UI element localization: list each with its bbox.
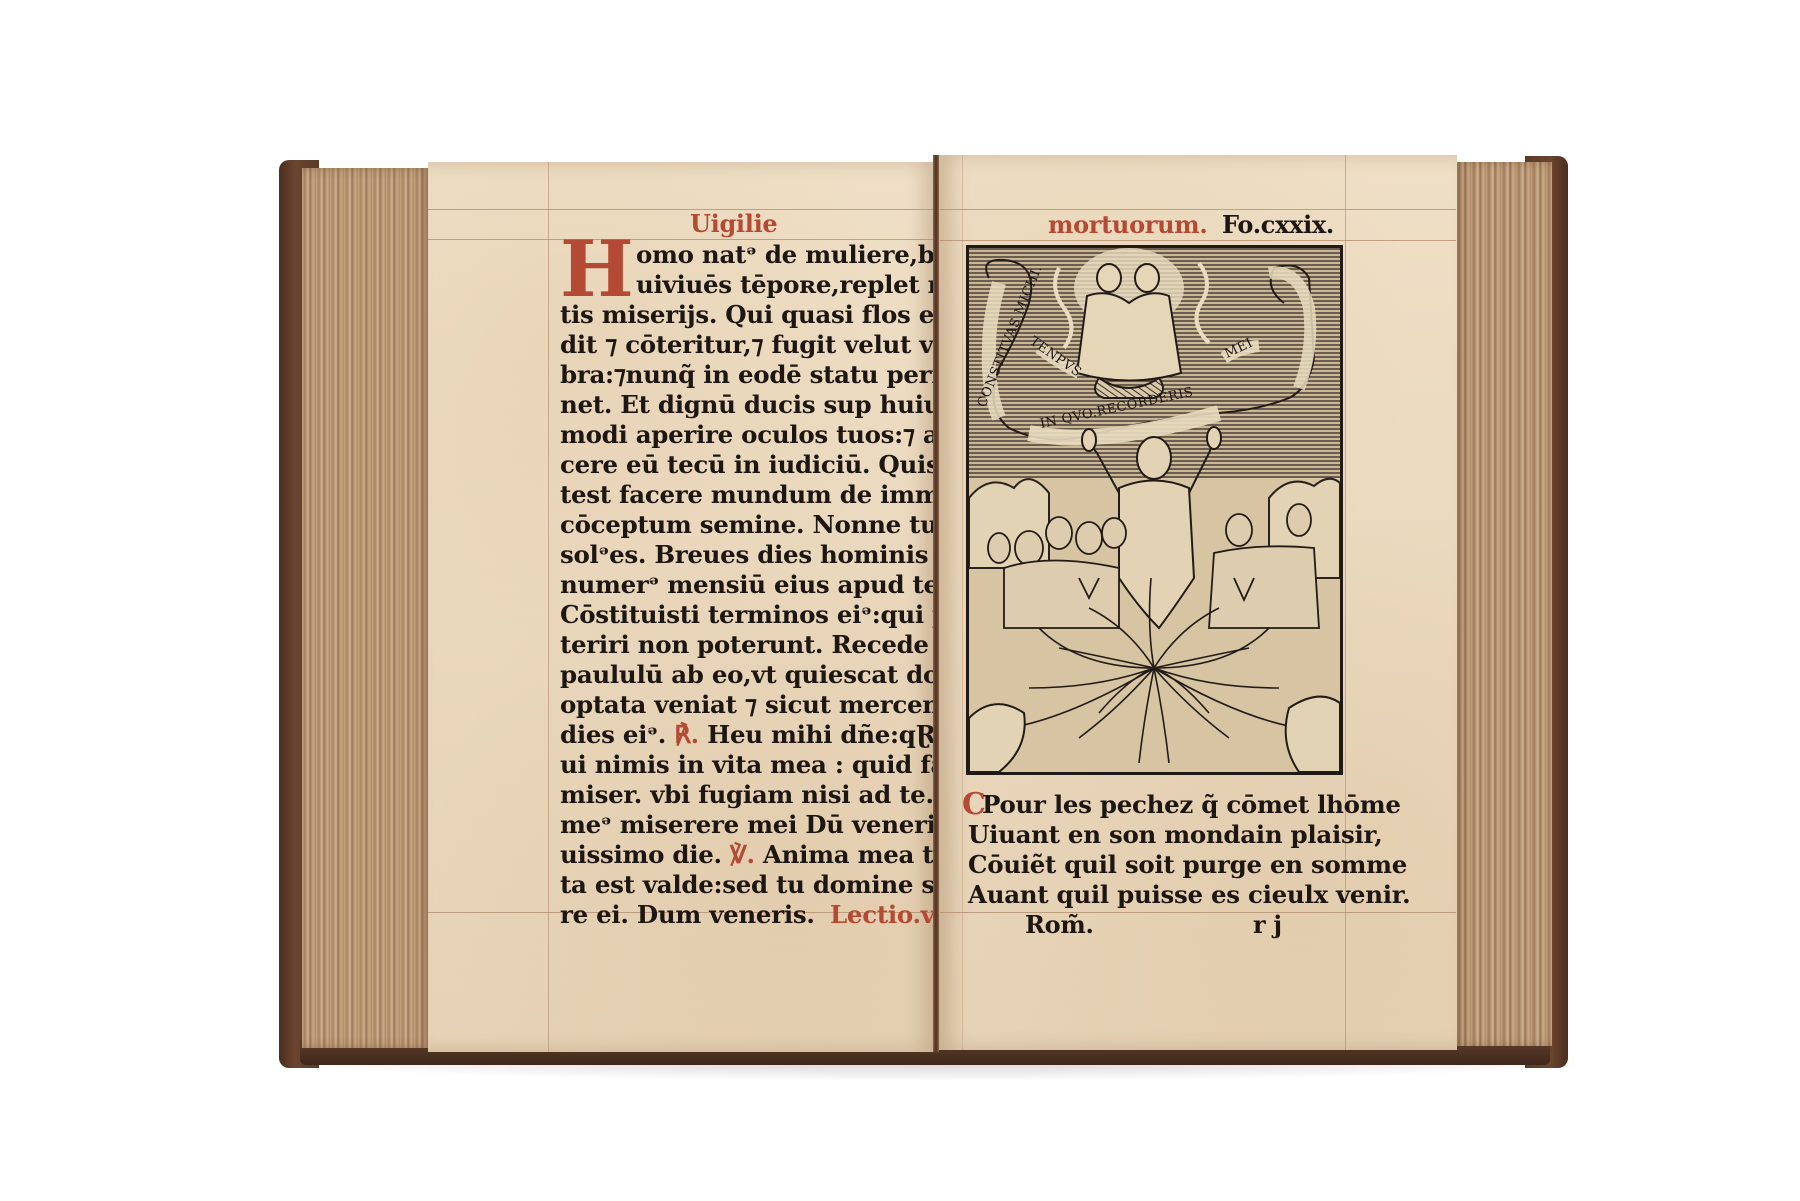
text-line: test facere mundum de immūdo	[560, 480, 991, 510]
text-line: re ei. Dum veneris.	[560, 900, 815, 930]
rubric-mark: ℟.	[674, 720, 699, 749]
text-line: net. Et dignū ducis sup huiusce-	[560, 390, 994, 420]
left-rule-top	[428, 209, 936, 210]
verse-line: Pour les pechez q̃ cōmet lhōme	[982, 790, 1401, 820]
text-line: dit ⁊ cōteritur,⁊ fugit velut vm-	[560, 330, 969, 360]
gutter	[933, 155, 939, 1052]
text-line: numerᵊ mensiū eius apud te est.	[560, 570, 995, 600]
text-line: modi aperire oculos tuos:⁊ addu	[560, 420, 990, 450]
text-line: paululū ab eo,vt quiescat donec	[560, 660, 986, 690]
text-line: ui nimis in vita mea : quid faciā	[560, 750, 985, 780]
text-line: cōceptum semine. Nonne tu qui	[560, 510, 989, 540]
text-line: tis miserijs. Qui quasi flos egre-	[560, 300, 989, 330]
right-rule-inner	[962, 155, 963, 1050]
woodcut-image: CONSTITVAS MICHI. TENPVS IN QVO.RECORDER…	[969, 248, 1340, 772]
text-line: omo natᵊ de muliere,bre-	[636, 240, 972, 270]
text-line: bra:⁊nunq̃ in eodē statu perma-	[560, 360, 982, 390]
signature-mark: Rom̃.	[1025, 910, 1094, 939]
text-line: Cōstituisti terminos eiᵊ:qui pre-	[560, 600, 987, 630]
verse-line: Uiuant en son mondain plaisir,	[968, 820, 1383, 850]
decorated-initial-h: H	[560, 236, 634, 304]
left-running-head: Uigilie	[690, 209, 777, 238]
right-page-stack	[1456, 162, 1552, 1046]
right-running-head: mortuorum.	[1048, 210, 1207, 239]
woodcut-illustration: CONSTITVAS MICHI. TENPVS IN QVO.RECORDER…	[966, 245, 1343, 775]
text-line: solᵊes. Breues dies hominis sūt,	[560, 540, 987, 570]
verse-line: Cōuiẽt quil soit purge en somme	[968, 850, 1407, 880]
left-rule-margin	[548, 162, 549, 1052]
rubric-mark: ℣.	[730, 840, 755, 869]
verse-line: Auant quil puisse es cieulx venir.	[968, 880, 1410, 910]
right-rule-bottom	[940, 912, 1456, 913]
right-rule-margin	[1345, 155, 1346, 1050]
folio-number: Fo.cxxix.	[1222, 210, 1334, 239]
left-page-stack	[302, 168, 430, 1048]
catchword-mark: r j	[1253, 910, 1282, 939]
text-line: cere eū tecū in iudiciū. Quis po-	[560, 450, 990, 480]
text-line: optata veniat ⁊ sicut mercenarij	[560, 690, 986, 720]
right-rule-head	[940, 240, 1456, 241]
